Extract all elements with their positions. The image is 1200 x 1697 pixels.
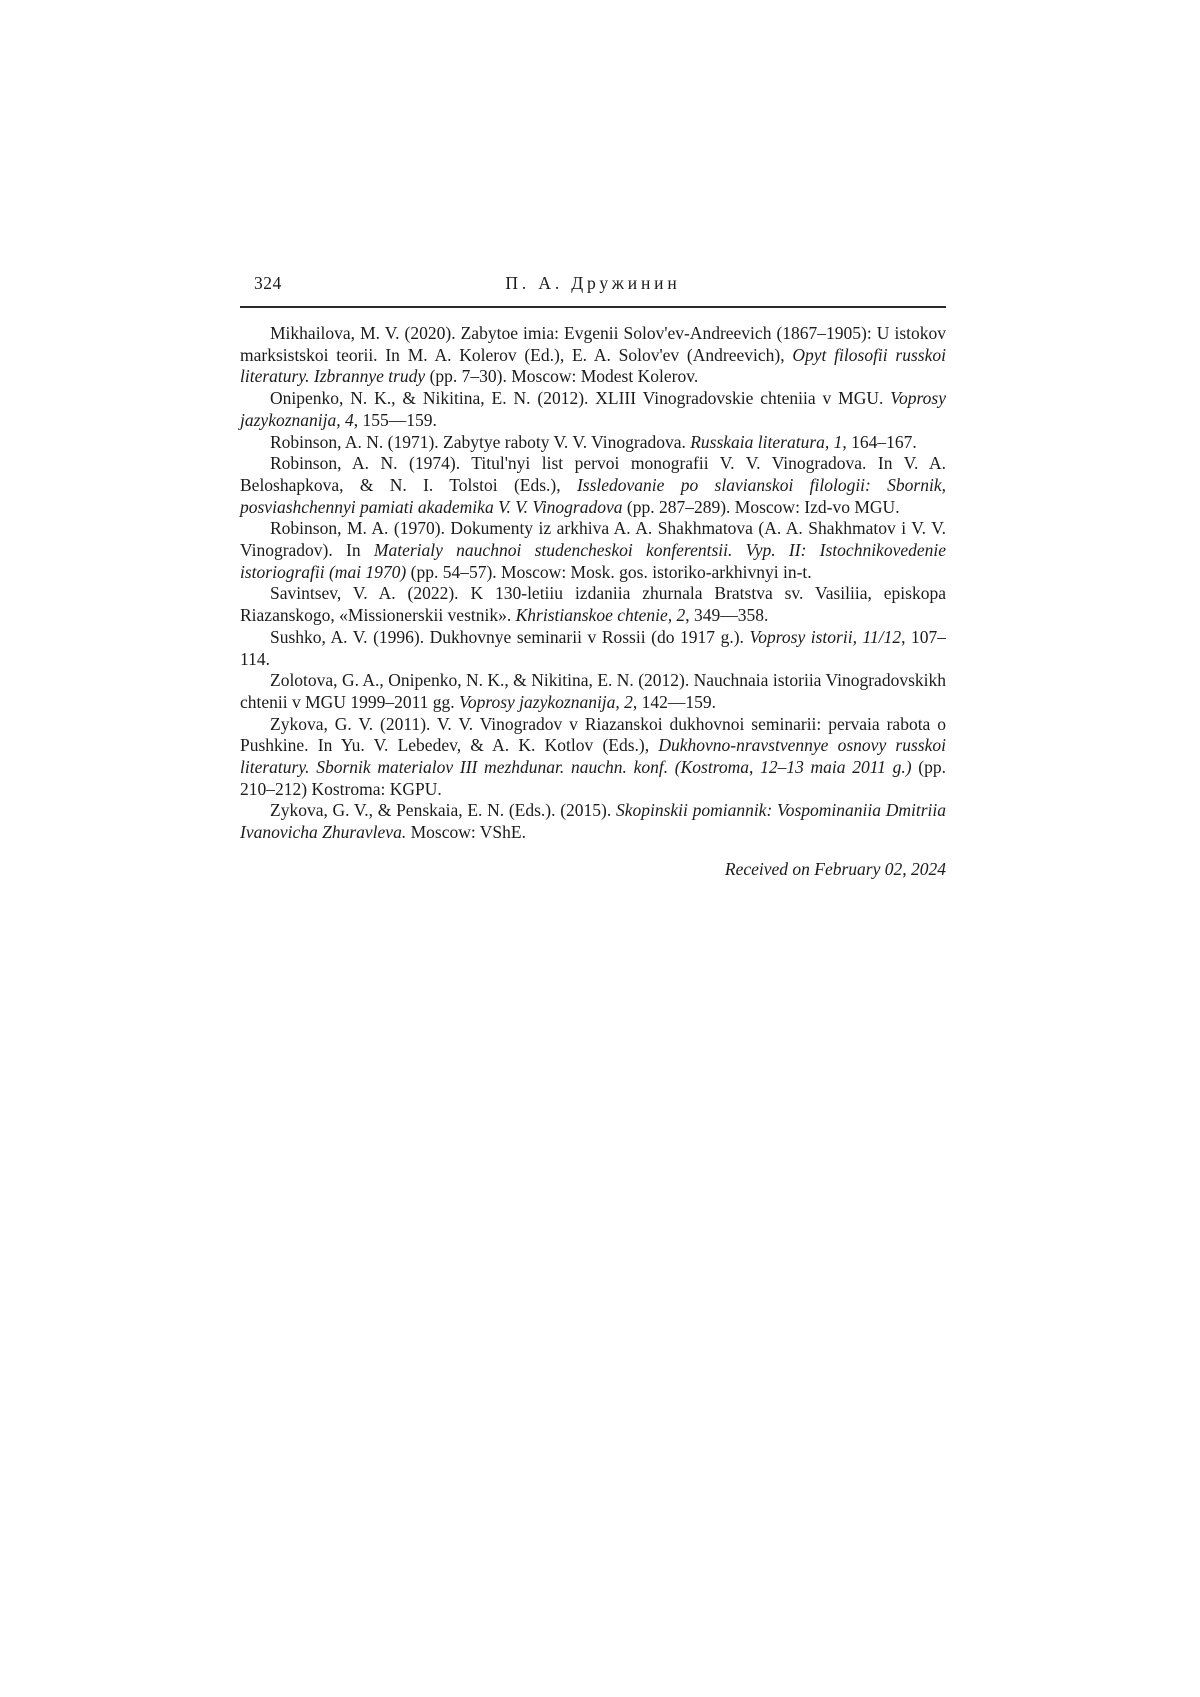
reference-item: Robinson, A. N. (1971). Zabytye raboty V… xyxy=(240,432,946,454)
reference-text: (pp. 7–30). Moscow: Modest Kolerov. xyxy=(425,366,698,386)
reference-item: Mikhailova, M. V. (2020). Zabytoe imia: … xyxy=(240,323,946,388)
reference-text: Sushko, A. V. (1996). Dukhovnye seminari… xyxy=(270,627,749,647)
reference-title-italic: Voprosy jazykoznanija, 2 xyxy=(459,692,633,712)
reference-item: Robinson, M. A. (1970). Dokumenty iz ark… xyxy=(240,518,946,583)
reference-text: , 155—159. xyxy=(354,410,437,430)
page-number: 324 xyxy=(254,272,282,294)
reference-text: Moscow: VShE. xyxy=(406,822,526,842)
received-date-note: Received on February 02, 2024 xyxy=(240,858,946,880)
reference-item: Zolotova, G. A., Onipenko, N. K., & Niki… xyxy=(240,670,946,713)
running-head-author: П. А. Дружинин xyxy=(240,272,946,294)
reference-item: Onipenko, N. K., & Nikitina, E. N. (2012… xyxy=(240,388,946,431)
reference-text: Onipenko, N. K., & Nikitina, E. N. (2012… xyxy=(270,388,890,408)
reference-title-italic: Russkaia literatura, 1 xyxy=(690,432,842,452)
reference-text: Robinson, A. N. (1971). Zabytye raboty V… xyxy=(270,432,690,452)
reference-item: Zykova, G. V., & Penskaia, E. N. (Eds.).… xyxy=(240,800,946,843)
reference-item: Sushko, A. V. (1996). Dukhovnye seminari… xyxy=(240,627,946,670)
reference-text: Zykova, G. V., & Penskaia, E. N. (Eds.).… xyxy=(270,800,616,820)
reference-text: (pp. 54–57). Moscow: Mosk. gos. istoriko… xyxy=(406,562,811,582)
text-column: 324 П. А. Дружинин Mikhailova, M. V. (20… xyxy=(240,272,946,880)
running-header: 324 П. А. Дружинин xyxy=(240,272,946,308)
reference-text: , 164–167. xyxy=(842,432,916,452)
reference-text: (pp. 287–289). Moscow: Izd-vo MGU. xyxy=(623,497,900,517)
references-list: Mikhailova, M. V. (2020). Zabytoe imia: … xyxy=(240,323,946,844)
paper-page: 324 П. А. Дружинин Mikhailova, M. V. (20… xyxy=(0,0,1200,1697)
reference-title-italic: Voprosy istorii, 11/12 xyxy=(749,627,901,647)
reference-text: , 142—159. xyxy=(633,692,716,712)
reference-title-italic: Khristianskoe chtenie, 2 xyxy=(516,605,686,625)
reference-item: Zykova, G. V. (2011). V. V. Vinogradov v… xyxy=(240,714,946,801)
reference-text: , 349—358. xyxy=(685,605,768,625)
reference-item: Savintsev, V. A. (2022). K 130-letiiu iz… xyxy=(240,583,946,626)
reference-item: Robinson, A. N. (1974). Titul'nyi list p… xyxy=(240,453,946,518)
